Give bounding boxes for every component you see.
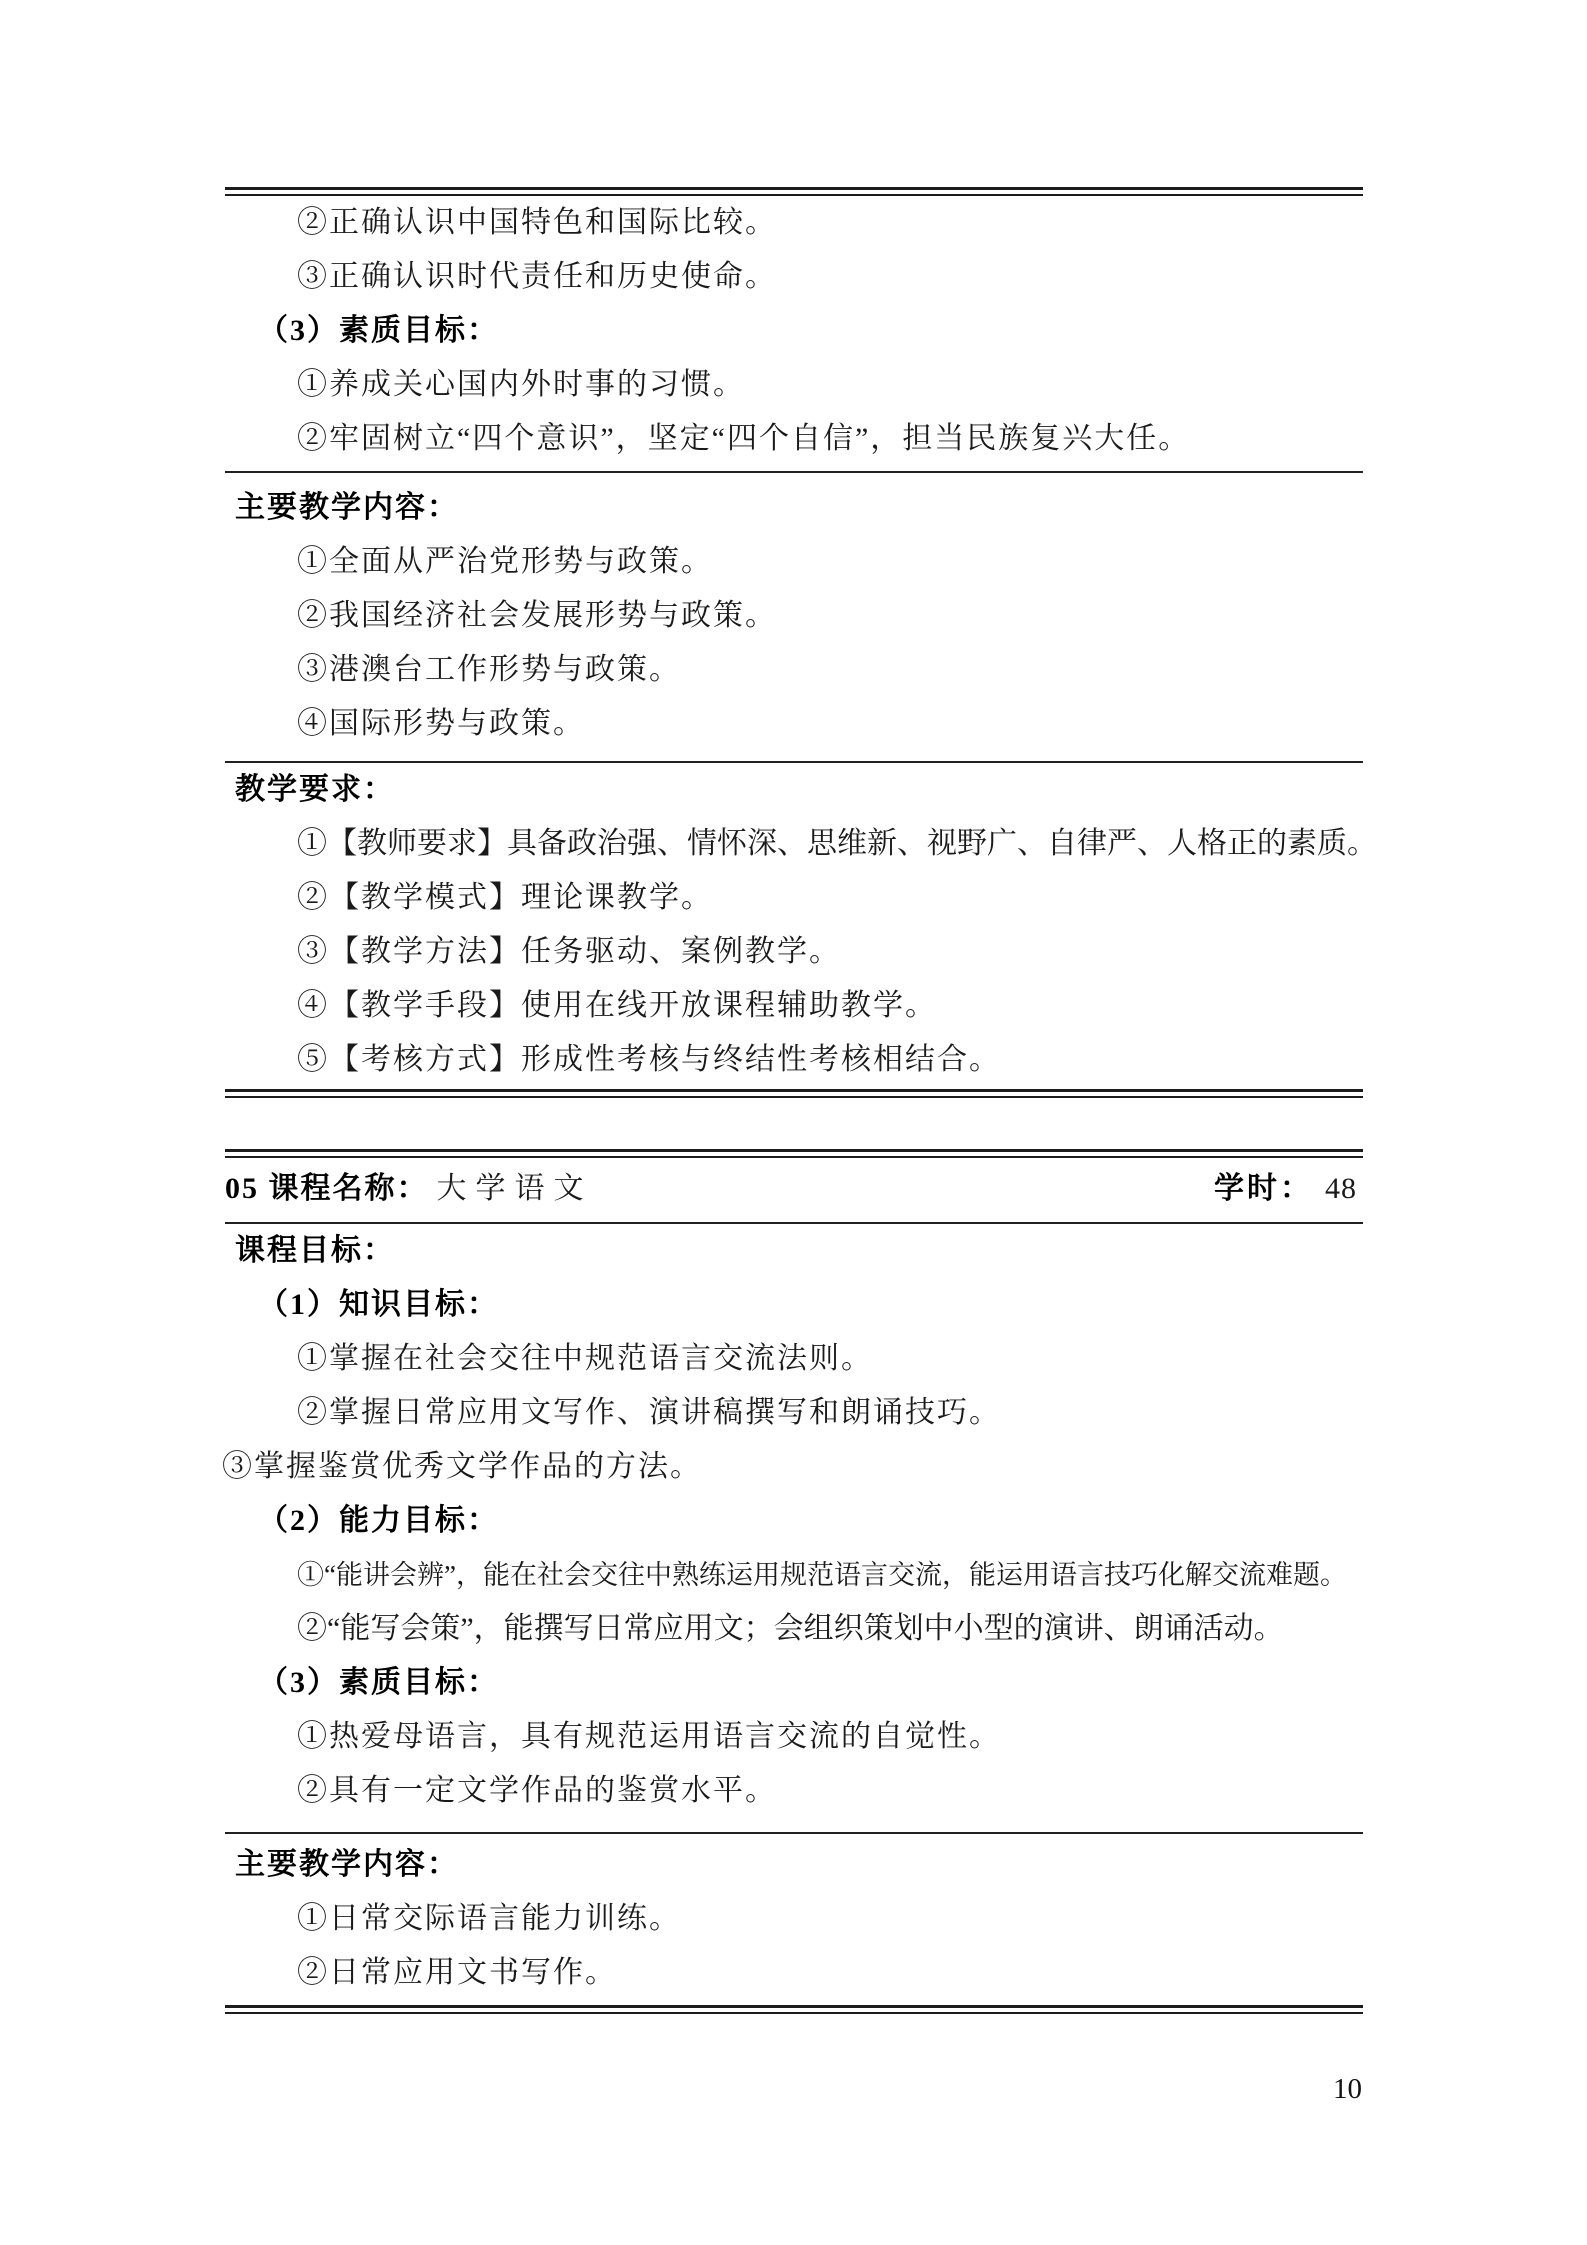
teaching-requirements-heading: 教学要求： [235, 763, 1363, 817]
requirement-item: ②【教学模式】理论课教学。 [297, 871, 1363, 925]
objective-item: ②“能写会策”，能撰写日常应用文；会组织策划中小型的演讲、朗诵活动。 [297, 1602, 1363, 1656]
content-item: ②日常应用文书写作。 [297, 1946, 1363, 2000]
content-item: ①日常交际语言能力训练。 [297, 1892, 1363, 1946]
section-divider-double [225, 1149, 1363, 1158]
document-page: ②正确认识中国特色和国际比较。 ③正确认识时代责任和历史使命。 （3）素质目标：… [225, 0, 1363, 2014]
teaching-content-heading: 主要教学内容： [235, 1838, 1363, 1892]
ability-goal-heading: （2）能力目标： [258, 1494, 1363, 1548]
objective-item: ③掌握鉴赏优秀文学作品的方法。 [222, 1440, 1363, 1494]
course-header: 05 课程名称：大学语文 学时：48 [225, 1162, 1363, 1216]
requirement-item: ⑤【考核方式】形成性考核与终结性考核相结合。 [297, 1033, 1363, 1087]
content-item: ②我国经济社会发展形势与政策。 [297, 589, 1363, 643]
teaching-content-heading: 主要教学内容： [235, 481, 1363, 535]
objective-item: ③正确认识时代责任和历史使命。 [297, 250, 1363, 304]
objective-item: ①“能讲会辨”，能在社会交往中熟练运用规范语言交流，能运用语言技巧化解交流难题。 [297, 1548, 1363, 1602]
objective-item: ①热爱母语言，具有规范运用语言交流的自觉性。 [297, 1710, 1363, 1764]
knowledge-goal-heading: （1）知识目标： [258, 1278, 1363, 1332]
hours-label: 学时： [1214, 1172, 1313, 1205]
course-name: 大学语文 [437, 1172, 593, 1205]
objective-item: ②牢固树立“四个意识”，坚定“四个自信”，担当民族复兴大任。 [297, 412, 1363, 466]
requirement-item: ④【教学手段】使用在线开放课程辅助教学。 [297, 979, 1363, 1033]
page-number: 10 [1333, 2072, 1362, 2106]
course-hours: 学时：48 [1214, 1162, 1357, 1216]
quality-goal-heading: （3）素质目标： [258, 304, 1363, 358]
objective-item: ①养成关心国内外时事的习惯。 [297, 358, 1363, 412]
hours-value: 48 [1325, 1172, 1357, 1205]
section-divider-double [225, 1089, 1363, 1098]
requirement-item: ③【教学方法】任务驱动、案例教学。 [297, 925, 1363, 979]
objective-item: ②正确认识中国特色和国际比较。 [297, 196, 1363, 250]
requirement-item: ①【教师要求】具备政治强、情怀深、思维新、视野广、自律严、人格正的素质。 [297, 817, 1363, 871]
objective-item: ②掌握日常应用文写作、演讲稿撰写和朗诵技巧。 [297, 1386, 1363, 1440]
section-divider-double [225, 187, 1363, 196]
course-goals-heading: 课程目标： [235, 1224, 1363, 1278]
section-divider-single [225, 1832, 1363, 1834]
course-number-label: 05 课程名称： [225, 1172, 429, 1205]
content-item: ③港澳台工作形势与政策。 [297, 643, 1363, 697]
section-divider-single [225, 471, 1363, 473]
section-divider-double [225, 2005, 1363, 2014]
objective-item: ②具有一定文学作品的鉴赏水平。 [297, 1764, 1363, 1818]
content-item: ①全面从严治党形势与政策。 [297, 535, 1363, 589]
content-item: ④国际形势与政策。 [297, 697, 1363, 751]
objective-item: ①掌握在社会交往中规范语言交流法则。 [297, 1332, 1363, 1386]
top-margin [225, 0, 1363, 187]
course-title: 05 课程名称：大学语文 [225, 1162, 593, 1216]
quality-goal-heading: （3）素质目标： [258, 1656, 1363, 1710]
